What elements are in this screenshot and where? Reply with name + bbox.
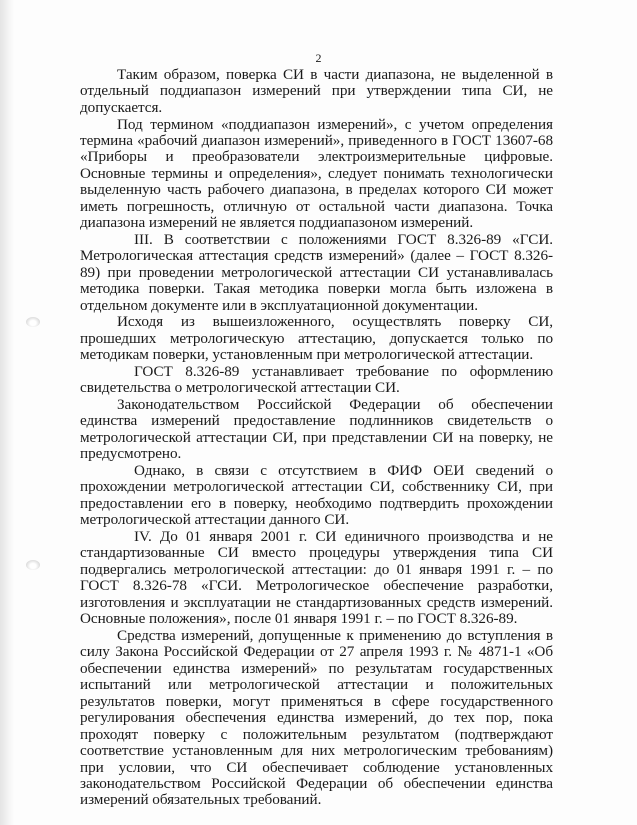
paragraph-fif-oei: Однако, в связи с отсутствием в ФИФ ОЕИ … [80,463,553,529]
paragraph-legislation: Законодательством Российской Федерации о… [80,397,553,463]
document-body: Таким образом, поверка СИ в части диапаз… [80,67,553,809]
paragraph-subrange-verification: Таким образом, поверка СИ в части диапаз… [80,67,553,116]
paragraph-admitted-instruments: Средства измерений, допущенные к примене… [80,628,553,809]
paragraph-certificate-requirement: ГОСТ 8.326-89 устанавливает требование п… [80,364,553,397]
scanned-page-edge [0,0,14,825]
punch-hole-mark [26,317,40,327]
paragraph-verification-methods: Исходя из вышеизложенного, осуществлять … [80,314,553,363]
paragraph-section-iii: III. В соответствии с положениями ГОСТ 8… [80,232,553,314]
page-number: 2 [0,51,637,66]
paragraph-subrange-definition: Под термином «поддиапазон измерений», с … [80,117,553,232]
paragraph-section-iv: IV. До 01 января 2001 г. СИ единичного п… [80,529,553,628]
punch-hole-mark [26,560,40,570]
